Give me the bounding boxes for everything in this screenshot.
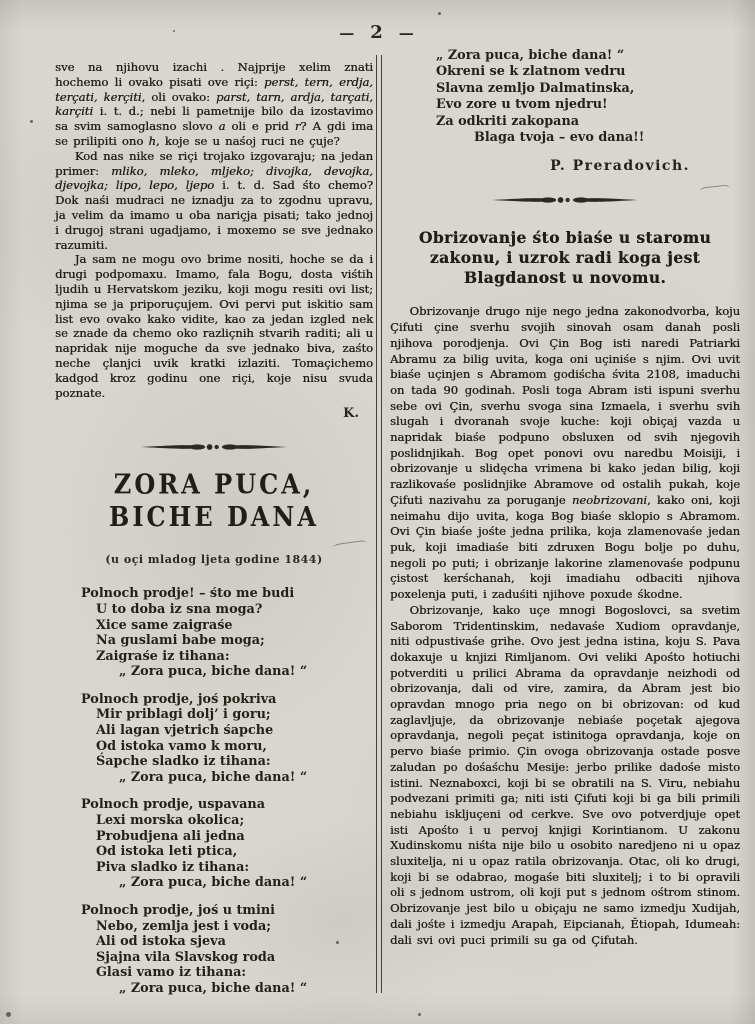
poem-line: Od istoka vamo k moru, — [81, 739, 373, 755]
poem-line: Na guslami babe moga; — [81, 633, 373, 649]
poem-line: Blaga tvoja – evo dana!! — [436, 130, 740, 146]
poem-line: „ Zora puca, biche dana! “ — [81, 664, 373, 680]
poem-author: P. Preradovich. — [390, 158, 740, 174]
poem-stanza: Polnoch prodje, joś pokrivaMir priblagi … — [81, 692, 373, 786]
poem-line: Piva sladko iz tihana: — [81, 860, 373, 876]
poem-line: Lexi morska okolica; — [81, 813, 373, 829]
poem-stanza: Polnoch prodje, joś u tminiNebo, zemlja … — [81, 903, 373, 997]
poem-line: Xice same zaigraśe — [81, 618, 373, 634]
scan-speck — [6, 1012, 11, 1017]
scan-speck — [336, 941, 339, 944]
scan-speck — [438, 12, 441, 15]
poem-line: „ Zora puca, biche dana! “ — [81, 875, 373, 891]
poem-stanza: Polnoch prodje! – śto me budiU to doba i… — [81, 586, 373, 680]
text-run: Ja sam ne mogu ovo brime nositi, hoche s… — [55, 252, 373, 399]
body-paragraph: sve na njihovu izachi . Najprije xelim z… — [55, 60, 373, 149]
poem-line: „ Zora puca, biche dana! “ — [81, 770, 373, 786]
article-body: Obrizovanje drugo nije nego jedna zakono… — [390, 304, 740, 948]
text-run: oli e prid — [225, 119, 294, 133]
text-run: , kako oni, koji neimahu dijo uvita, kog… — [390, 493, 740, 601]
poem-line: Okreni se k zlatnom vedru — [436, 64, 740, 80]
column-divider-rule — [376, 55, 382, 993]
poem-body: Polnoch prodje! – śto me budiU to doba i… — [55, 586, 373, 996]
poem-line: Glasi vamo iz tihana: — [81, 965, 373, 981]
scanned-page: —2— sve na njihovu izachi . Najprije xel… — [0, 0, 755, 1024]
poem-line: Za odkriti zakopana — [436, 114, 740, 130]
body-paragraph: Obrizovanje drugo nije nego jedna zakono… — [390, 304, 740, 602]
poem-final-stanza: „ Zora puca, biche dana! “Okreni se k zl… — [390, 48, 740, 146]
poem-line: Ali lagan vjetrich śapche — [81, 723, 373, 739]
poem-line: Polnoch prodje! – śto me budi — [81, 586, 373, 602]
ornament-divider-icon — [490, 194, 640, 206]
poem-line: Ali od istoka sjeva — [81, 934, 373, 950]
author-initial: K. — [55, 406, 373, 421]
poem-line: „ Zora puca, biche dana! “ — [81, 981, 373, 997]
poem-title: ZORA PUCA, BICHE DANA — [55, 468, 373, 533]
scan-speck — [173, 30, 175, 32]
page-number: 2 — [356, 22, 399, 43]
poem-line: Mir priblagi dolj’ i goru; — [81, 707, 373, 723]
page-number-header: —2— — [0, 22, 755, 43]
poem-line: Slavna zemljo Dalmatinska, — [436, 81, 740, 97]
poem-line: „ Zora puca, biche dana! “ — [436, 48, 740, 64]
text-run: , oli ovako: — [142, 90, 216, 104]
right-column: „ Zora puca, biche dana! “Okreni se k zl… — [390, 48, 740, 948]
poem-line: Śapche sladko iz tihana: — [81, 754, 373, 770]
poem-line: Nebo, zemlja jest i voda; — [81, 919, 373, 935]
scan-speck — [418, 1013, 421, 1016]
text-run: Obrizovanje drugo nije nego jedna zakono… — [390, 304, 740, 506]
body-paragraph: Obrizovanje, kako uçe mnogi Bogoslovci, … — [390, 603, 740, 948]
poem-stanza: Polnoch prodje, uspavanaLexi morska okol… — [81, 797, 373, 891]
text-run: , koje se u naśoj ruci ne çuje? — [156, 134, 340, 148]
poem-line: Od istoka leti ptica, — [81, 844, 373, 860]
body-paragraph: Ja sam ne mogu ovo brime nositi, hoche s… — [55, 252, 373, 400]
poem-line: Sjajna vila Slavskog roda — [81, 950, 373, 966]
italic-text: h — [148, 134, 155, 148]
poem-line: Probudjena ali jedna — [81, 829, 373, 845]
left-column: sve na njihovu izachi . Najprije xelim z… — [55, 60, 373, 1009]
scan-speck — [30, 120, 33, 123]
text-run: Obrizovanje, kako uçe mnogi Bogoslovci, … — [390, 603, 740, 947]
poem-line: Polnoch prodje, uspavana — [81, 797, 373, 813]
poem-line: Polnoch prodje, joś u tmini — [81, 903, 373, 919]
poem-line: Polnoch prodje, joś pokriva — [81, 692, 373, 708]
poem-subtitle: (u oçi mladog ljeta godine 1844) — [55, 553, 373, 566]
article-heading: Obrizovanje śto biaśe u staromu zakonu, … — [390, 228, 740, 288]
poem-line: Evo zore u tvom njedru! — [436, 97, 740, 113]
italic-text: neobrizovani — [572, 493, 647, 507]
header-right-dash: — — [399, 24, 416, 42]
poem-line: Zaigraśe iz tihana: — [81, 649, 373, 665]
poem-line: U to doba iz sna moga? — [81, 602, 373, 618]
body-paragraph: Kod nas nike se riçi trojako izgovaraju;… — [55, 149, 373, 253]
ornament-divider-icon — [139, 441, 289, 453]
header-left-dash: — — [339, 24, 356, 42]
